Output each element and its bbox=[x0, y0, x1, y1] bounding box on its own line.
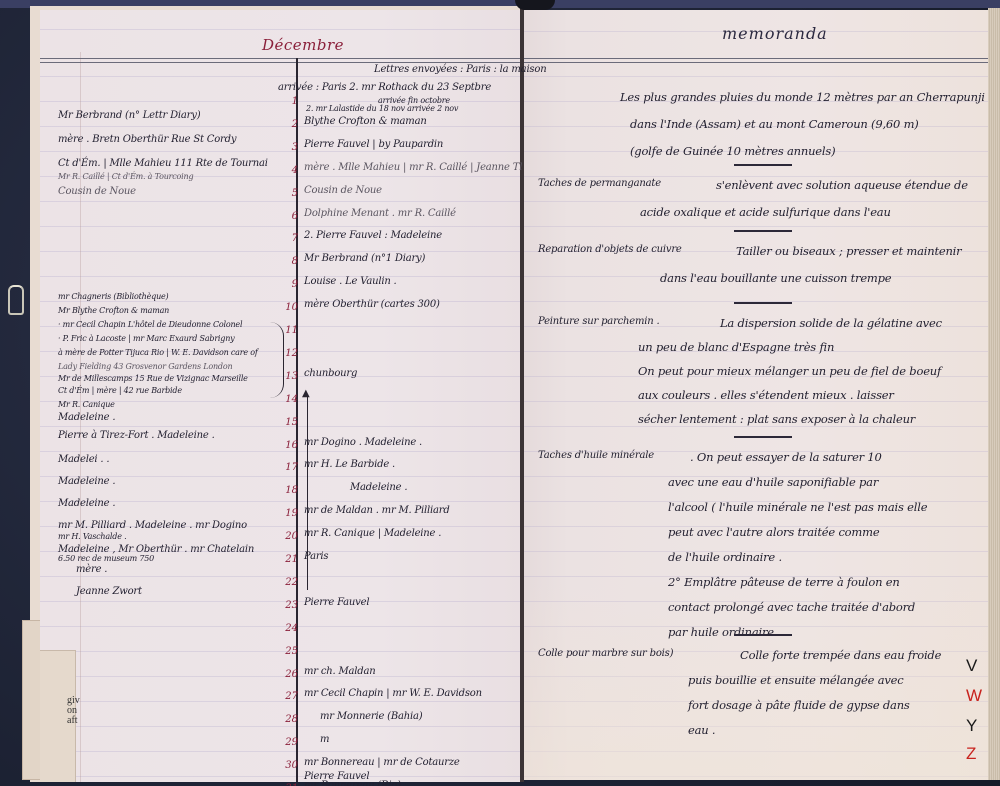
memo-line: . On peut essayer de la saturer 10 bbox=[690, 450, 882, 464]
margin-note: mr M. Pilliard . Madeleine . mr Dogino bbox=[58, 520, 247, 531]
section-separator bbox=[734, 302, 792, 304]
leaf-edge-text: giv on aft bbox=[67, 696, 81, 726]
day-entry: m bbox=[320, 734, 329, 745]
memo-line: par huile ordinaire bbox=[668, 625, 774, 639]
day-number: 1 bbox=[276, 96, 298, 107]
day-entry: mr Monnerie (Bahia) bbox=[320, 711, 423, 722]
day-number: 14 bbox=[276, 394, 298, 405]
day-entry: Pierre Fauvel | by Paupardin bbox=[304, 139, 443, 150]
page-title-memoranda: memoranda bbox=[722, 24, 828, 43]
day-number: 7 bbox=[276, 233, 298, 244]
day-number: 12 bbox=[276, 348, 298, 359]
leaf-edge-line: aft bbox=[67, 716, 81, 726]
day-entry: 2. Pierre Fauvel : Madeleine bbox=[304, 230, 442, 241]
day-number: 28 bbox=[276, 714, 298, 725]
day-number: 29 bbox=[276, 737, 298, 748]
memo-line: 2° Emplâtre pâteuse de terre à foulon en bbox=[668, 575, 900, 589]
day-entry: mr Cecil Chapin | mr W. E. Davidson bbox=[304, 688, 482, 699]
paper-clip-icon bbox=[8, 285, 24, 315]
index-tab-v[interactable]: V bbox=[966, 656, 977, 676]
page-edges bbox=[988, 8, 1000, 780]
day-number: 4 bbox=[276, 165, 298, 176]
day-number: 19 bbox=[276, 508, 298, 519]
memo-line: (golfe de Guinée 10 mètres annuels) bbox=[630, 144, 835, 158]
section-separator bbox=[734, 164, 792, 166]
margin-note: Ct d'Ém. | Mlle Mahieu 111 Rte de Tourna… bbox=[58, 158, 268, 169]
margin-note: mère . bbox=[76, 564, 107, 575]
memo-line: s'enlèvent avec solution aqueuse étendue… bbox=[716, 178, 968, 192]
memo-label: Reparation d'objets de cuivre bbox=[538, 244, 682, 255]
day-entry: mr de Maldan . mr M. Pilliard bbox=[304, 505, 450, 516]
margin-note: Pierre à Tirez-Fort . Madeleine . bbox=[58, 430, 215, 441]
memo-label: Peinture sur parchemin . bbox=[538, 316, 659, 327]
day-entry: Pierre Fauvel bbox=[304, 597, 369, 608]
day-number: 11 bbox=[276, 325, 298, 336]
day-number: 13 bbox=[276, 371, 298, 382]
memo-line: La dispersion solide de la gélatine avec bbox=[720, 316, 942, 330]
page-title-month: Décembre bbox=[262, 36, 344, 54]
day-number: 16 bbox=[276, 440, 298, 451]
memo-line: Tailler ou biseaux ; presser et mainteni… bbox=[736, 244, 961, 258]
margin-note: · P. Fric à Lacoste | mr Marc Exaurd Sab… bbox=[58, 334, 235, 343]
day-number: 17 bbox=[276, 462, 298, 473]
day-number: 23 bbox=[276, 600, 298, 611]
index-tab-w[interactable]: W bbox=[966, 686, 982, 706]
margin-note: Mr de Millescamps 15 Rue de Vizignac Mar… bbox=[58, 374, 248, 383]
margin-note: Lady Fielding 43 Grosvenor Gardens Londo… bbox=[58, 362, 232, 371]
day-number: 6 bbox=[276, 211, 298, 222]
day-number: 9 bbox=[276, 279, 298, 290]
day-number: 22 bbox=[276, 577, 298, 588]
memo-line: peut avec l'autre alors traitée comme bbox=[668, 525, 879, 539]
margin-note: 6.50 rec de museum 750 bbox=[58, 554, 154, 563]
day-number: 15 bbox=[276, 417, 298, 428]
memo-line: fort dosage à pâte fluide de gypse dans bbox=[688, 698, 910, 712]
memo-line: aux couleurs . elles s'étendent mieux . … bbox=[638, 388, 894, 402]
margin-note: Ct d'Ém | mère | 42 rue Barbide bbox=[58, 386, 182, 395]
day-entry: Blythe Crofton & maman bbox=[304, 116, 427, 127]
index-tab-z[interactable]: Z bbox=[966, 744, 976, 764]
margin-note: mère . Bretn Oberthür Rue St Cordy bbox=[58, 134, 236, 145]
margin-note: à mère de Potter Tijuca Rio | W. E. Davi… bbox=[58, 348, 258, 357]
memo-line: puis bouillie et ensuite mélangée avec bbox=[688, 673, 904, 687]
memo-line: acide oxalique et acide sulfurique dans … bbox=[640, 205, 891, 219]
memo-line: de l'huile ordinaire . bbox=[668, 550, 782, 564]
memo-line: un peu de blanc d'Espagne très fin bbox=[638, 340, 834, 354]
memo-line: On peut pour mieux mélanger un peu de fi… bbox=[638, 364, 941, 378]
arrow-up-icon: ▲ bbox=[302, 388, 310, 399]
memo-label: Taches d'huile minérale bbox=[538, 450, 654, 461]
margin-note: mr H. Vaschalde . bbox=[58, 532, 126, 541]
day-entry: Cousin de Noue bbox=[304, 185, 382, 196]
margin-note: Madeleine . bbox=[58, 498, 115, 509]
margin-note: Madeleine . bbox=[58, 476, 115, 487]
margin-note: Mr R. Canique bbox=[58, 400, 115, 409]
day-number: 21 bbox=[276, 554, 298, 565]
day-entry: mr ch. Maldan bbox=[304, 666, 375, 677]
memo-line: dans l'Inde (Assam) et au mont Cameroun … bbox=[630, 117, 919, 131]
day-entry: chunbourg bbox=[304, 368, 357, 379]
day-entry: mr Bonnereau (Rio) bbox=[304, 780, 401, 786]
margin-note: Mr R. Caillé | Ct d'Ém. à Tourcoing bbox=[58, 172, 193, 181]
margin-note: mr Chagneris (Bibliothèque) bbox=[58, 292, 168, 301]
day-entry: Paris bbox=[304, 551, 328, 562]
day-number: 5 bbox=[276, 188, 298, 199]
day-number: 30 bbox=[276, 760, 298, 771]
margin-note: Mr Blythe Crofton & maman bbox=[58, 306, 169, 315]
spine-top bbox=[515, 0, 555, 10]
day-entry: 2. mr Lalastide du 18 nov arrivée 2 nov bbox=[306, 104, 458, 113]
index-tab-y[interactable]: Y bbox=[966, 716, 977, 736]
day-entry: mère Oberthür (cartes 300) bbox=[304, 299, 440, 310]
day-number: 24 bbox=[276, 623, 298, 634]
section-separator bbox=[734, 230, 792, 232]
day-number: 8 bbox=[276, 256, 298, 267]
day-entry: arrivée : Paris 2. mr Rothack du 23 Sept… bbox=[278, 82, 491, 93]
memo-label: Colle pour marbre sur bois) bbox=[538, 648, 673, 659]
day-number: 10 bbox=[276, 302, 298, 313]
margin-note: · mr Cecil Chapin L'hôtel de Dieudonne C… bbox=[58, 320, 242, 329]
day-number: 18 bbox=[276, 485, 298, 496]
header-note: Lettres envoyées : Paris : la maison bbox=[374, 64, 546, 75]
margin-note: Madeleine . bbox=[58, 412, 115, 423]
memo-line: Les plus grandes pluies du monde 12 mètr… bbox=[620, 90, 985, 104]
memo-line: sécher lentement : plat sans exposer à l… bbox=[638, 412, 915, 426]
memo-line: Colle forte trempée dans eau froide bbox=[740, 648, 941, 662]
section-separator bbox=[734, 436, 792, 438]
day-number: 2 bbox=[276, 119, 298, 130]
memo-line: avec une eau d'huile saponifiable par bbox=[668, 475, 878, 489]
book-spine bbox=[520, 6, 524, 782]
day-entry: mr R. Canique | Madeleine . bbox=[304, 528, 441, 539]
memo-line: contact prolongé avec tache traitée d'ab… bbox=[668, 600, 915, 614]
day-number: 20 bbox=[276, 531, 298, 542]
day-entry: Mr Berbrand (n°1 Diary) bbox=[304, 253, 425, 264]
memo-line: dans l'eau bouillante une cuisson trempe bbox=[660, 271, 891, 285]
day-entry: mr H. Le Barbide . bbox=[304, 459, 395, 470]
memo-label: Taches de permanganate bbox=[538, 178, 661, 189]
day-number: 3 bbox=[276, 142, 298, 153]
day-entry: mr Bonnereau | mr de Cotaurze bbox=[304, 757, 460, 768]
day-entry: Dolphine Menant . mr R. Caillé bbox=[304, 208, 456, 219]
day-entry: mère . Mlle Mahieu | mr R. Caillé | Jean… bbox=[304, 162, 522, 173]
margin-note: Cousin de Noue bbox=[58, 186, 136, 197]
section-separator bbox=[734, 634, 792, 636]
day-number: 27 bbox=[276, 691, 298, 702]
day-number: 26 bbox=[276, 669, 298, 680]
day-entry: Louise . Le Vaulin . bbox=[304, 276, 397, 287]
right-header-rule bbox=[524, 58, 988, 63]
day-number: 25 bbox=[276, 646, 298, 657]
day-entry: Madeleine . bbox=[350, 482, 407, 493]
day-entry: mr Dogino . Madeleine . bbox=[304, 437, 422, 448]
memo-line: eau . bbox=[688, 723, 715, 737]
margin-note: Mr Berbrand (n° Lettr Diary) bbox=[58, 110, 200, 121]
margin-note: Jeanne Zwort bbox=[76, 586, 142, 597]
margin-note: Madelei . . bbox=[58, 454, 109, 465]
left-header-rule bbox=[40, 58, 520, 63]
memo-line: l'alcool ( l'huile minérale ne l'est pas… bbox=[668, 500, 927, 514]
